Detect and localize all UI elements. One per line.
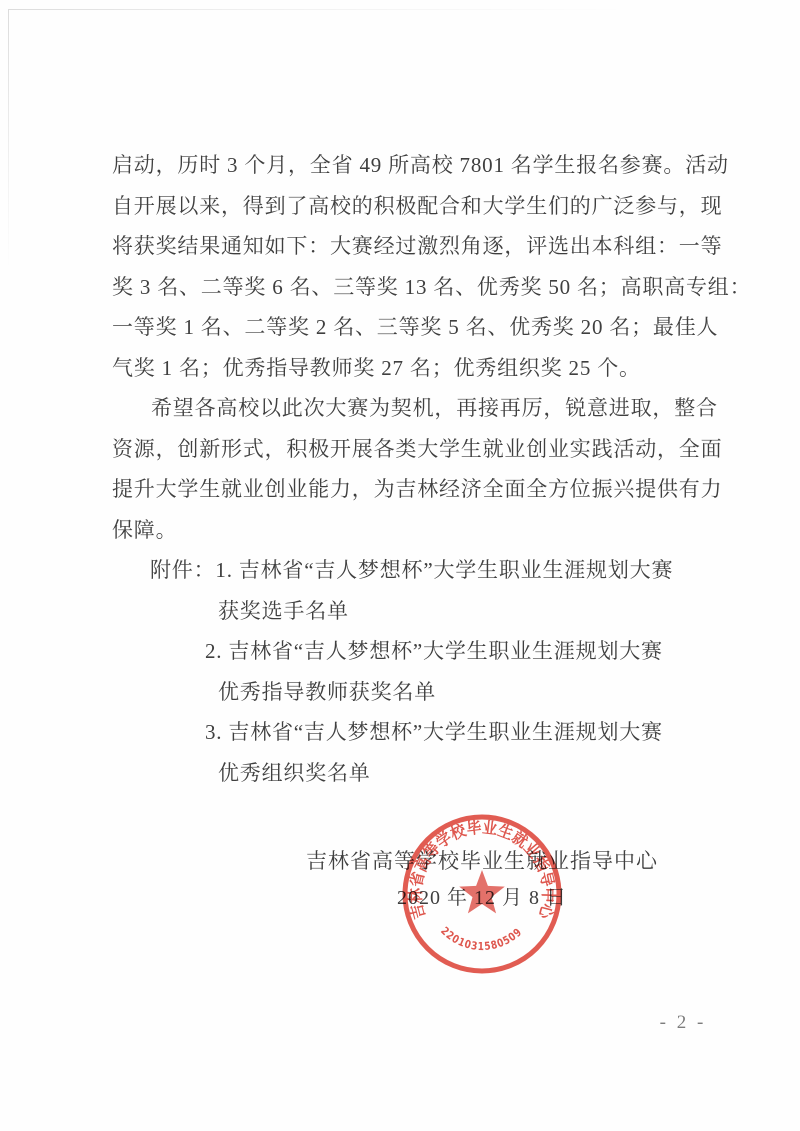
body-line: 气奖 1 名；优秀指导教师奖 27 名；优秀组织奖 25 个。 <box>112 348 752 389</box>
scan-edge-left <box>8 9 9 269</box>
body-line: 自开展以来，得到了高校的积极配合和大学生们的广泛参与，现 <box>112 186 752 227</box>
body-line: 资源，创新形式，积极开展各类大学生就业创业实践活动，全面 <box>112 429 752 470</box>
seal-code-arc-text: 2201031580509 <box>438 924 525 953</box>
body-line: 启动，历时 3 个月，全省 49 所高校 7801 名学生报名参赛。活动 <box>112 145 752 186</box>
attachment-line: 2. 吉林省“吉人梦想杯”大学生职业生涯规划大赛 <box>205 631 752 672</box>
body-line: 一等奖 1 名、二等奖 2 名、三等奖 5 名、优秀奖 20 名；最佳人 <box>112 307 752 348</box>
body-line: 希望各高校以此次大赛为契机，再接再厉，锐意进取，整合 <box>151 388 752 429</box>
seal-org-arc-text: 吉林省高等学校毕业生就业指导中心 <box>407 818 558 922</box>
attachment-line: 附件：1. 吉林省“吉人梦想杯”大学生职业生涯规划大赛 <box>150 550 752 591</box>
body-line: 将获奖结果通知如下：大赛经过激烈角逐，评选出本科组：一等 <box>112 226 752 267</box>
document-page: 启动，历时 3 个月，全省 49 所高校 7801 名学生报名参赛。活动 自开展… <box>0 0 800 1131</box>
official-seal: 吉林省高等学校毕业生就业指导中心 2201031580509 <box>382 794 582 994</box>
body-line: 奖 3 名、二等奖 6 名、三等奖 13 名、优秀奖 50 名；高职高专组： <box>112 267 752 308</box>
body-line: 保障。 <box>112 510 752 551</box>
body-line: 提升大学生就业创业能力，为吉林经济全面全方位振兴提供有力 <box>112 469 752 510</box>
scan-edge-top <box>8 9 788 10</box>
attachment-line: 优秀指导教师获奖名单 <box>218 672 752 713</box>
page-number: - 2 - <box>645 1012 721 1034</box>
seal-star-icon <box>459 870 505 913</box>
attachment-line: 优秀组织奖名单 <box>218 753 752 794</box>
attachment-line: 3. 吉林省“吉人梦想杯”大学生职业生涯规划大赛 <box>205 712 752 753</box>
attachment-line: 获奖选手名单 <box>218 591 752 632</box>
notice-body: 启动，历时 3 个月，全省 49 所高校 7801 名学生报名参赛。活动 自开展… <box>112 145 752 793</box>
